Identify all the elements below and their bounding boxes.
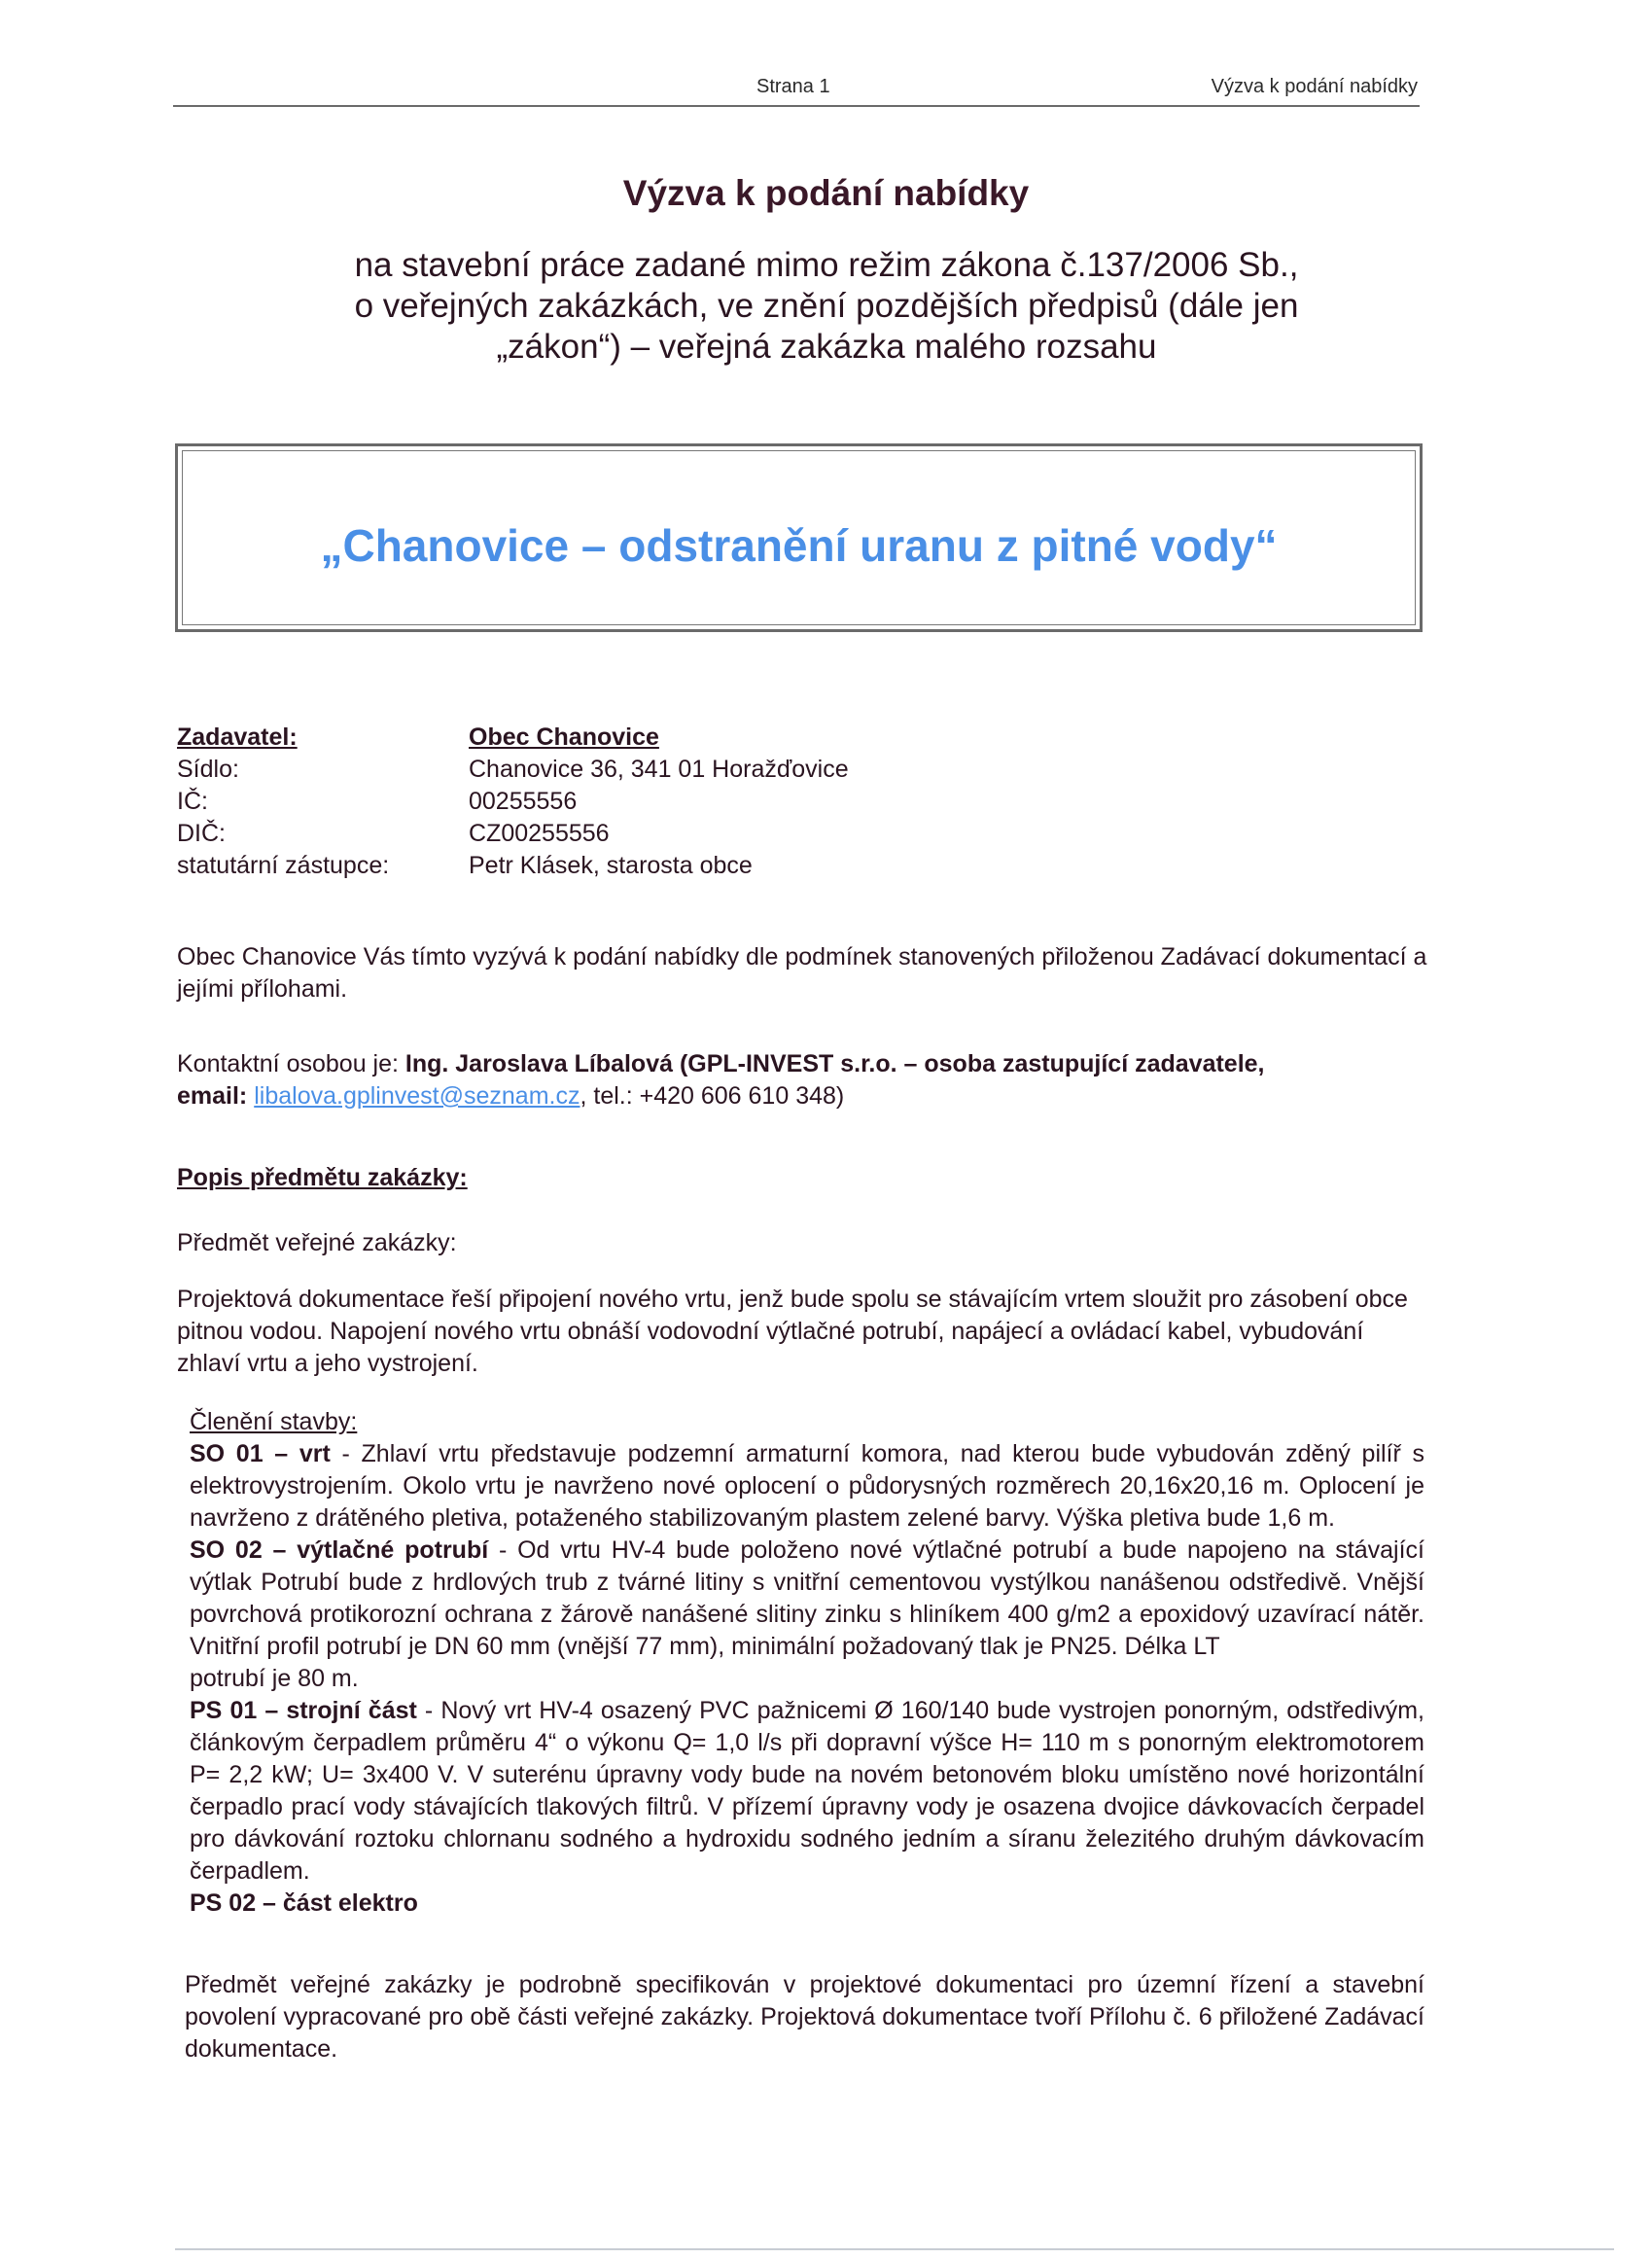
info-value: Chanovice 36, 341 01 Horažďovice	[469, 754, 849, 786]
document-subtitle: na stavební práce zadané mimo režim záko…	[253, 245, 1400, 368]
section-heading: Popis předmětu zakázky:	[177, 1162, 1429, 1194]
closing-paragraph: Předmět veřejné zakázky je podrobně spec…	[185, 1969, 1424, 2065]
contact-paragraph: Kontaktní osobou je: Ing. Jaroslava Líba…	[177, 1048, 1429, 1112]
contracting-authority-info: Zadavatel: Obec Chanovice Sídlo: Chanovi…	[177, 722, 849, 882]
scan-artifact-line	[175, 2248, 1614, 2250]
item-text: - Zhlaví vrtu představuje podzemní armat…	[190, 1440, 1424, 1532]
info-value: CZ00255556	[469, 818, 610, 850]
item-code: PS 02 – část elektro	[190, 1889, 418, 1917]
breakdown-item-so02-cont: potrubí je 80 m.	[190, 1663, 1424, 1695]
contact-phone: , tel.: +420 606 610 348)	[580, 1082, 844, 1110]
subtitle-line: o veřejných zakázkách, ve znění pozdější…	[253, 286, 1400, 327]
info-label: IČ:	[177, 786, 469, 818]
page-number: Strana 1	[756, 76, 830, 98]
info-label: Sídlo:	[177, 754, 469, 786]
breakdown-item-ps01: PS 01 – strojní část - Nový vrt HV-4 osa…	[190, 1695, 1424, 1888]
authority-heading-value: Obec Chanovice	[469, 722, 659, 754]
info-label: statutární zástupce:	[177, 850, 469, 882]
item-code: SO 01 – vrt	[190, 1440, 331, 1467]
project-name-box-inner: „Chanovice – odstranění uranu z pitné vo…	[182, 450, 1416, 625]
info-row: DIČ: CZ00255556	[177, 818, 849, 850]
intro-paragraph: Projektová dokumentace řeší připojení no…	[177, 1284, 1429, 1380]
subtitle-line: „zákon“) – veřejná zakázka malého rozsah…	[253, 327, 1400, 368]
info-row: Sídlo: Chanovice 36, 341 01 Horažďovice	[177, 754, 849, 786]
breakdown-section: Členění stavby: SO 01 – vrt - Zhlaví vrt…	[190, 1406, 1424, 1920]
info-value: Petr Klásek, starosta obce	[469, 850, 753, 882]
item-code: PS 01 – strojní část	[190, 1697, 417, 1724]
contact-person: Ing. Jaroslava Líbalová (GPL-INVEST s.r.…	[405, 1050, 1265, 1077]
subject-label: Předmět veřejné zakázky:	[177, 1227, 1429, 1259]
subtitle-line: na stavební práce zadané mimo režim záko…	[253, 245, 1400, 286]
document-page: Strana 1 Výzva k podání nabídky Výzva k …	[0, 0, 1652, 2259]
authority-heading-label: Zadavatel:	[177, 722, 469, 754]
item-code: SO 02 – výtlačné potrubí	[190, 1536, 488, 1564]
breakdown-item-so02: SO 02 – výtlačné potrubí - Od vrtu HV-4 …	[190, 1535, 1424, 1663]
email-link[interactable]: libalova.gplinvest@seznam.cz	[254, 1082, 580, 1110]
breakdown-label: Členění stavby:	[190, 1406, 1424, 1438]
info-value: 00255556	[469, 786, 577, 818]
breakdown-item-ps02: PS 02 – část elektro	[190, 1888, 1424, 1920]
info-row: IČ: 00255556	[177, 786, 849, 818]
header-doc-title: Výzva k podání nabídky	[1212, 76, 1418, 98]
info-row: statutární zástupce: Petr Klásek, staros…	[177, 850, 849, 882]
page-header: Strana 1 Výzva k podání nabídky	[173, 70, 1420, 107]
info-row: Zadavatel: Obec Chanovice	[177, 722, 849, 754]
item-text: - Nový vrt HV-4 osazený PVC pažnicemi Ø …	[190, 1697, 1424, 1885]
invitation-paragraph: Obec Chanovice Vás tímto vyzývá k podání…	[177, 941, 1429, 1006]
item-text: potrubí je 80 m.	[190, 1665, 359, 1692]
info-label: DIČ:	[177, 818, 469, 850]
email-label: email:	[177, 1082, 247, 1110]
breakdown-item-so01: SO 01 – vrt - Zhlaví vrtu představuje po…	[190, 1438, 1424, 1535]
document-title: Výzva k podání nabídky	[0, 173, 1652, 214]
project-name: „Chanovice – odstranění uranu z pitné vo…	[183, 519, 1415, 572]
project-name-box: „Chanovice – odstranění uranu z pitné vo…	[175, 443, 1423, 632]
contact-prefix: Kontaktní osobou je:	[177, 1050, 405, 1077]
